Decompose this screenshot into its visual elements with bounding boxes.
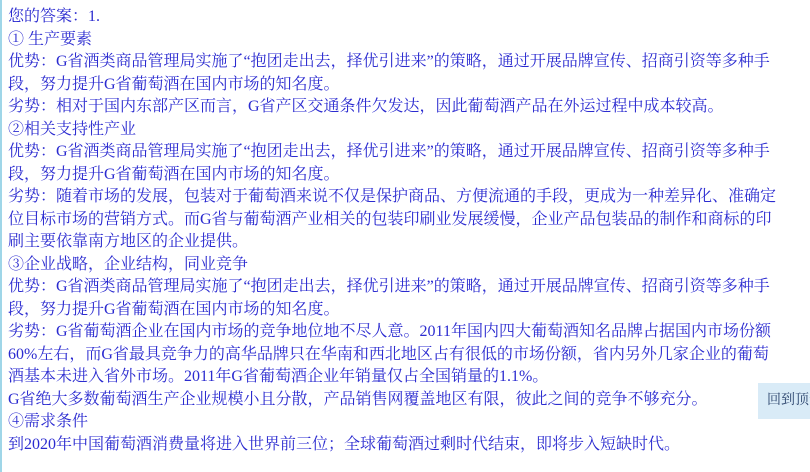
advantage-paragraph: 优势：G省酒类商品管理局实施了“抱团走出去，择优引进来”的策略，通过开展品牌宣传… xyxy=(8,51,776,96)
weakness-paragraph: 劣势：G省葡萄酒企业在国内市场的竞争地位地不尽人意。2011年国内四大葡萄酒知名… xyxy=(8,321,776,389)
answer-text-block: 您的答案：1. ① 生产要素 优势：G省酒类商品管理局实施了“抱团走出去，择优引… xyxy=(8,6,776,456)
advantage-paragraph: 优势：G省酒类商品管理局实施了“抱团走出去，择优引进来”的策略，通过开展品牌宣传… xyxy=(8,141,776,186)
demand-paragraph: 到2020年中国葡萄酒消费量将进入世界前三位；全球葡萄酒过剩时代结束，即将步入短… xyxy=(8,434,776,457)
advantage-paragraph: 优势：G省酒类商品管理局实施了“抱团走出去，择优引进来”的策略，通过开展品牌宣传… xyxy=(8,276,776,321)
back-to-top-button[interactable]: 回到顶部 xyxy=(758,383,810,419)
section-heading-1: ① 生产要素 xyxy=(8,29,776,52)
weakness-paragraph: 劣势：相对于国内东部产区而言，G省产区交通条件欠发达，因此葡萄酒产品在外运过程中… xyxy=(8,96,776,119)
section-heading-2: ②相关支持性产业 xyxy=(8,119,776,142)
note-paragraph: G省绝大多数葡萄酒生产企业规模小且分散，产品销售网覆盖地区有限，彼此之间的竞争不… xyxy=(8,389,776,412)
answer-page: { "theme": { "text_color": "#2b2bd0", "a… xyxy=(0,0,810,472)
section-heading-3: ③企业战略，企业结构，同业竞争 xyxy=(8,254,776,277)
left-accent-border xyxy=(0,0,2,472)
section-heading-4: ④需求条件 xyxy=(8,411,776,434)
weakness-paragraph: 劣势：随着市场的发展，包装对于葡萄酒来说不仅是保护商品、方便流通的手段，更成为一… xyxy=(8,186,776,254)
answer-label-line: 您的答案：1. xyxy=(8,6,776,29)
